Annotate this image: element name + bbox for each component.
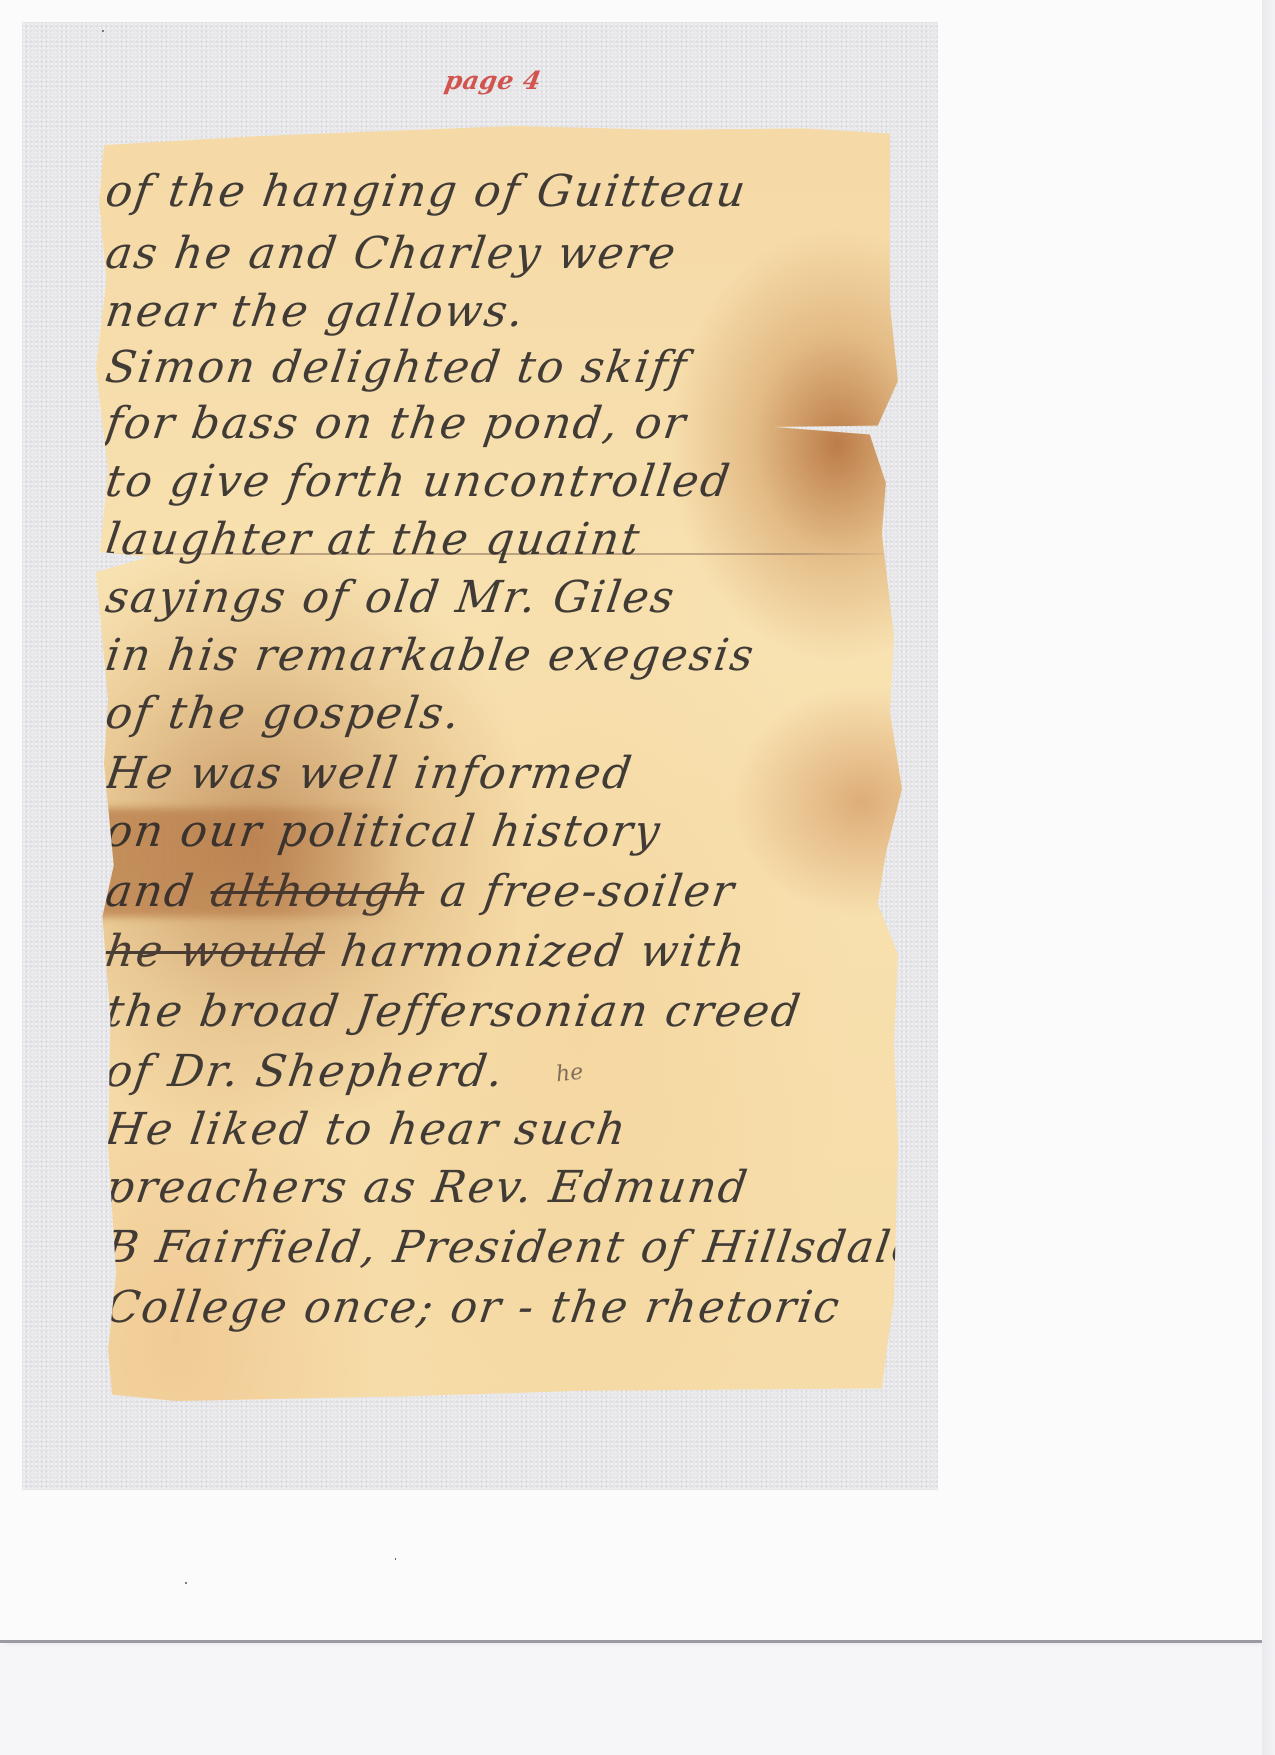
struck-out-word: although [207,866,428,917]
text-line: preachers as Rev. Edmund [102,1162,752,1213]
page-number-label: page 4 [442,66,543,95]
text-line: of Dr. Shepherd. [102,1046,508,1097]
line-text: harmonized with [322,926,751,977]
text-line: on our political history [102,806,664,857]
scan-speck [395,1558,396,1560]
struck-out-word: he would [102,926,328,977]
text-line-with-strikethrough: and although a free-soiler [102,866,738,917]
text-line: in his remarkable exegesis [102,630,758,681]
faint-margin-note: he [555,1060,585,1088]
text-line-with-strikethrough: he would harmonized with [102,926,750,977]
text-line: of the gospels. [102,688,464,739]
handwritten-text: of the hanging of Guitteau as he and Cha… [96,126,902,1401]
line-text: and [102,866,214,917]
text-line: B Fairfield, President of Hillsdale [102,1222,923,1273]
text-line: for bass on the pond, or [102,398,690,449]
scan-speck [185,1582,187,1584]
text-line: the broad Jeffersonian creed [102,986,805,1037]
text-line: sayings of old Mr. Giles [102,572,679,623]
handwritten-letter-page: of the hanging of Guitteau as he and Cha… [96,126,902,1401]
line-text: a free-soiler [421,866,739,917]
scan-speck [102,30,104,32]
text-line: He was well informed [102,748,636,799]
text-line: to give forth uncontrolled [102,456,734,507]
text-line: laughter at the quaint [102,514,644,565]
text-line: as he and Charley were [102,228,680,279]
text-line: Simon delighted to skiff [102,342,691,393]
text-line: of the hanging of Guitteau [102,166,750,217]
text-line: He liked to hear such [102,1104,630,1155]
text-line: College once; or - the rhetoric [102,1282,844,1333]
text-line: near the gallows. [102,286,528,337]
scanner-edge [1262,0,1275,1755]
